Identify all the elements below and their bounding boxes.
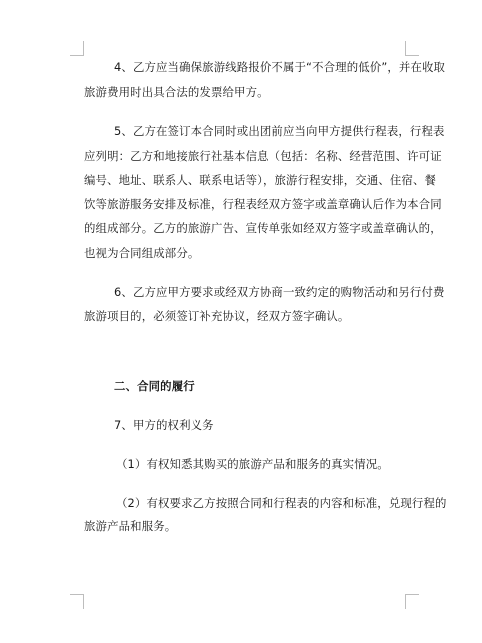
paragraph-5-line: 饮等旅游服务安排及标准，行程表经双方签字或盖章确认后作为本合同 <box>84 197 406 211</box>
sub-item-1: （1）有权知悉其购买的旅游产品和服务的真实情况。 <box>116 457 408 471</box>
paragraph-4-line: 4、乙方应当确保旅游线路报价不属于“不合理的低价”，并在收取 <box>114 60 406 74</box>
section-heading: 二、合同的履行 <box>114 379 406 393</box>
margin-corner-mark-bottom-right <box>405 594 419 609</box>
sub-item-2-line: （2）有权要求乙方按照合同和行程表的内容和标准，兑现行程的 <box>116 496 408 510</box>
item-7-heading: 7、甲方的权利义务 <box>114 418 406 432</box>
paragraph-5-line: 5、乙方在签订本合同时或出团前应当向甲方提供行程表，行程表 <box>114 124 406 138</box>
sub-item-2-line: 旅游产品和服务。 <box>84 519 406 533</box>
paragraph-4-line: 旅游费用时出具合法的发票给甲方。 <box>84 85 406 99</box>
paragraph-5-line: 也视为合同组成部分。 <box>84 246 406 260</box>
paragraph-6-line: 旅游项目的，必须签订补充协议，经双方签字确认。 <box>84 309 406 323</box>
paragraph-5-line: 应列明：乙方和地接旅行社基本信息（包括：名称、经营范围、许可证 <box>84 149 406 163</box>
document-page: 4、乙方应当确保旅游线路报价不属于“不合理的低价”，并在收取 旅游费用时出具合法… <box>0 0 482 643</box>
paragraph-5-line: 的组成部分。乙方的旅游广告、宣传单张如经双方签字或盖章确认的， <box>84 221 406 235</box>
paragraph-5-line: 编号、地址、联系人、联系电话等），旅游行程安排，交通、住宿、餐 <box>84 173 406 187</box>
margin-corner-mark-top-right <box>405 41 419 56</box>
paragraph-6-line: 6、乙方应甲方要求或经双方协商一致约定的购物活动和另行付费 <box>114 285 406 299</box>
margin-corner-mark-top-left <box>70 41 84 56</box>
margin-corner-mark-bottom-left <box>70 594 84 609</box>
